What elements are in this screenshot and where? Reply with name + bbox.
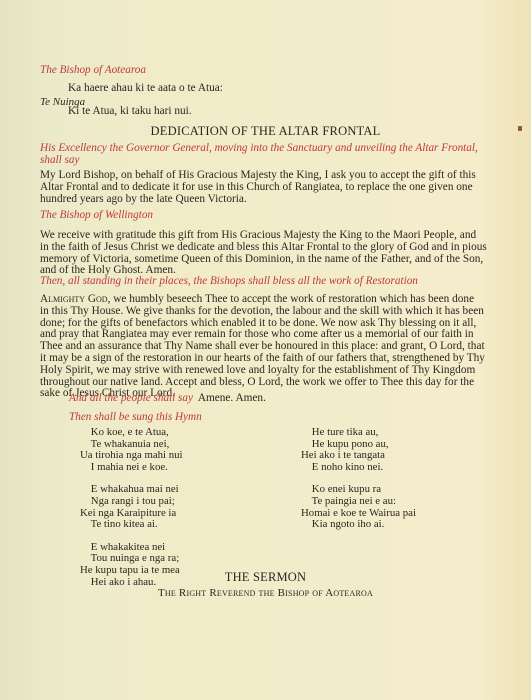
hymn-stanza: E whakahua mai nei Nga rangi i tou pai; … xyxy=(80,484,183,530)
text-line: in the faith of Jesus Christ we dedicate… xyxy=(40,242,492,254)
hymn-stanza: Ko koe, e te Atua, Te whakanuia nei, Ua … xyxy=(80,427,183,473)
hymn-stanza: Ko enei kupu ra Te paingia nei e au: Hom… xyxy=(301,484,416,530)
document-page: The Bishop of Aotearoa Ka haere ahau ki … xyxy=(0,0,531,700)
rubric-people: And all the people shall say xyxy=(69,392,193,404)
text-line: Altar Frontal and to dedicate it for use… xyxy=(40,182,492,194)
text-line: hundred years ago by the late Queen Vict… xyxy=(40,194,492,206)
response: Ki te Atua, ki taku hari nui. xyxy=(68,106,192,118)
speaker-bishop-wellington: The Bishop of Wellington xyxy=(40,209,153,221)
amen-response: Amene. Amen. xyxy=(198,392,266,404)
rubric-line: shall say xyxy=(40,154,492,166)
prayer-opening: Almighty God, xyxy=(40,293,110,305)
restoration-prayer: Almighty God, we humbly beseech Thee to … xyxy=(40,294,492,400)
rubric-restoration: Then, all standing in their places, the … xyxy=(40,275,418,287)
hymn-right-column: He ture tika au, He kupu pono au, Hei ak… xyxy=(301,427,416,542)
section-title-dedication: DEDICATION OF THE ALTAR FRONTAL xyxy=(0,124,531,139)
versicle: Ka haere ahau ki te aata o te Atua: xyxy=(68,83,223,95)
text-line: in this Thy House. We give thanks for th… xyxy=(40,306,492,318)
rubric-hymn: Then shall be sung this Hymn xyxy=(69,411,202,423)
people-response-line: And all the people shall say Amene. Amen… xyxy=(69,392,266,404)
text-line: it may be a sign of the restoration in o… xyxy=(40,353,492,365)
hymn-stanza: He ture tika au, He kupu pono au, Hei ak… xyxy=(301,427,416,473)
governor-speech: My Lord Bishop, on behalf of His Graciou… xyxy=(40,170,492,205)
rubric-governor-general: His Excellency the Governor General, mov… xyxy=(40,142,492,166)
section-title-sermon: THE SERMON xyxy=(0,570,531,585)
paper-speck xyxy=(518,126,522,131)
text-line: Holy Spirit, we may strive with renewed … xyxy=(40,365,492,377)
sermon-preacher: The Right Reverend the Bishop of Aotearo… xyxy=(0,587,531,599)
bishop-speech: We receive with gratitude this gift from… xyxy=(40,230,492,277)
rubric-line: His Excellency the Governor General, mov… xyxy=(40,142,492,154)
speaker-bishop-aotearoa: The Bishop of Aotearoa xyxy=(40,64,146,76)
